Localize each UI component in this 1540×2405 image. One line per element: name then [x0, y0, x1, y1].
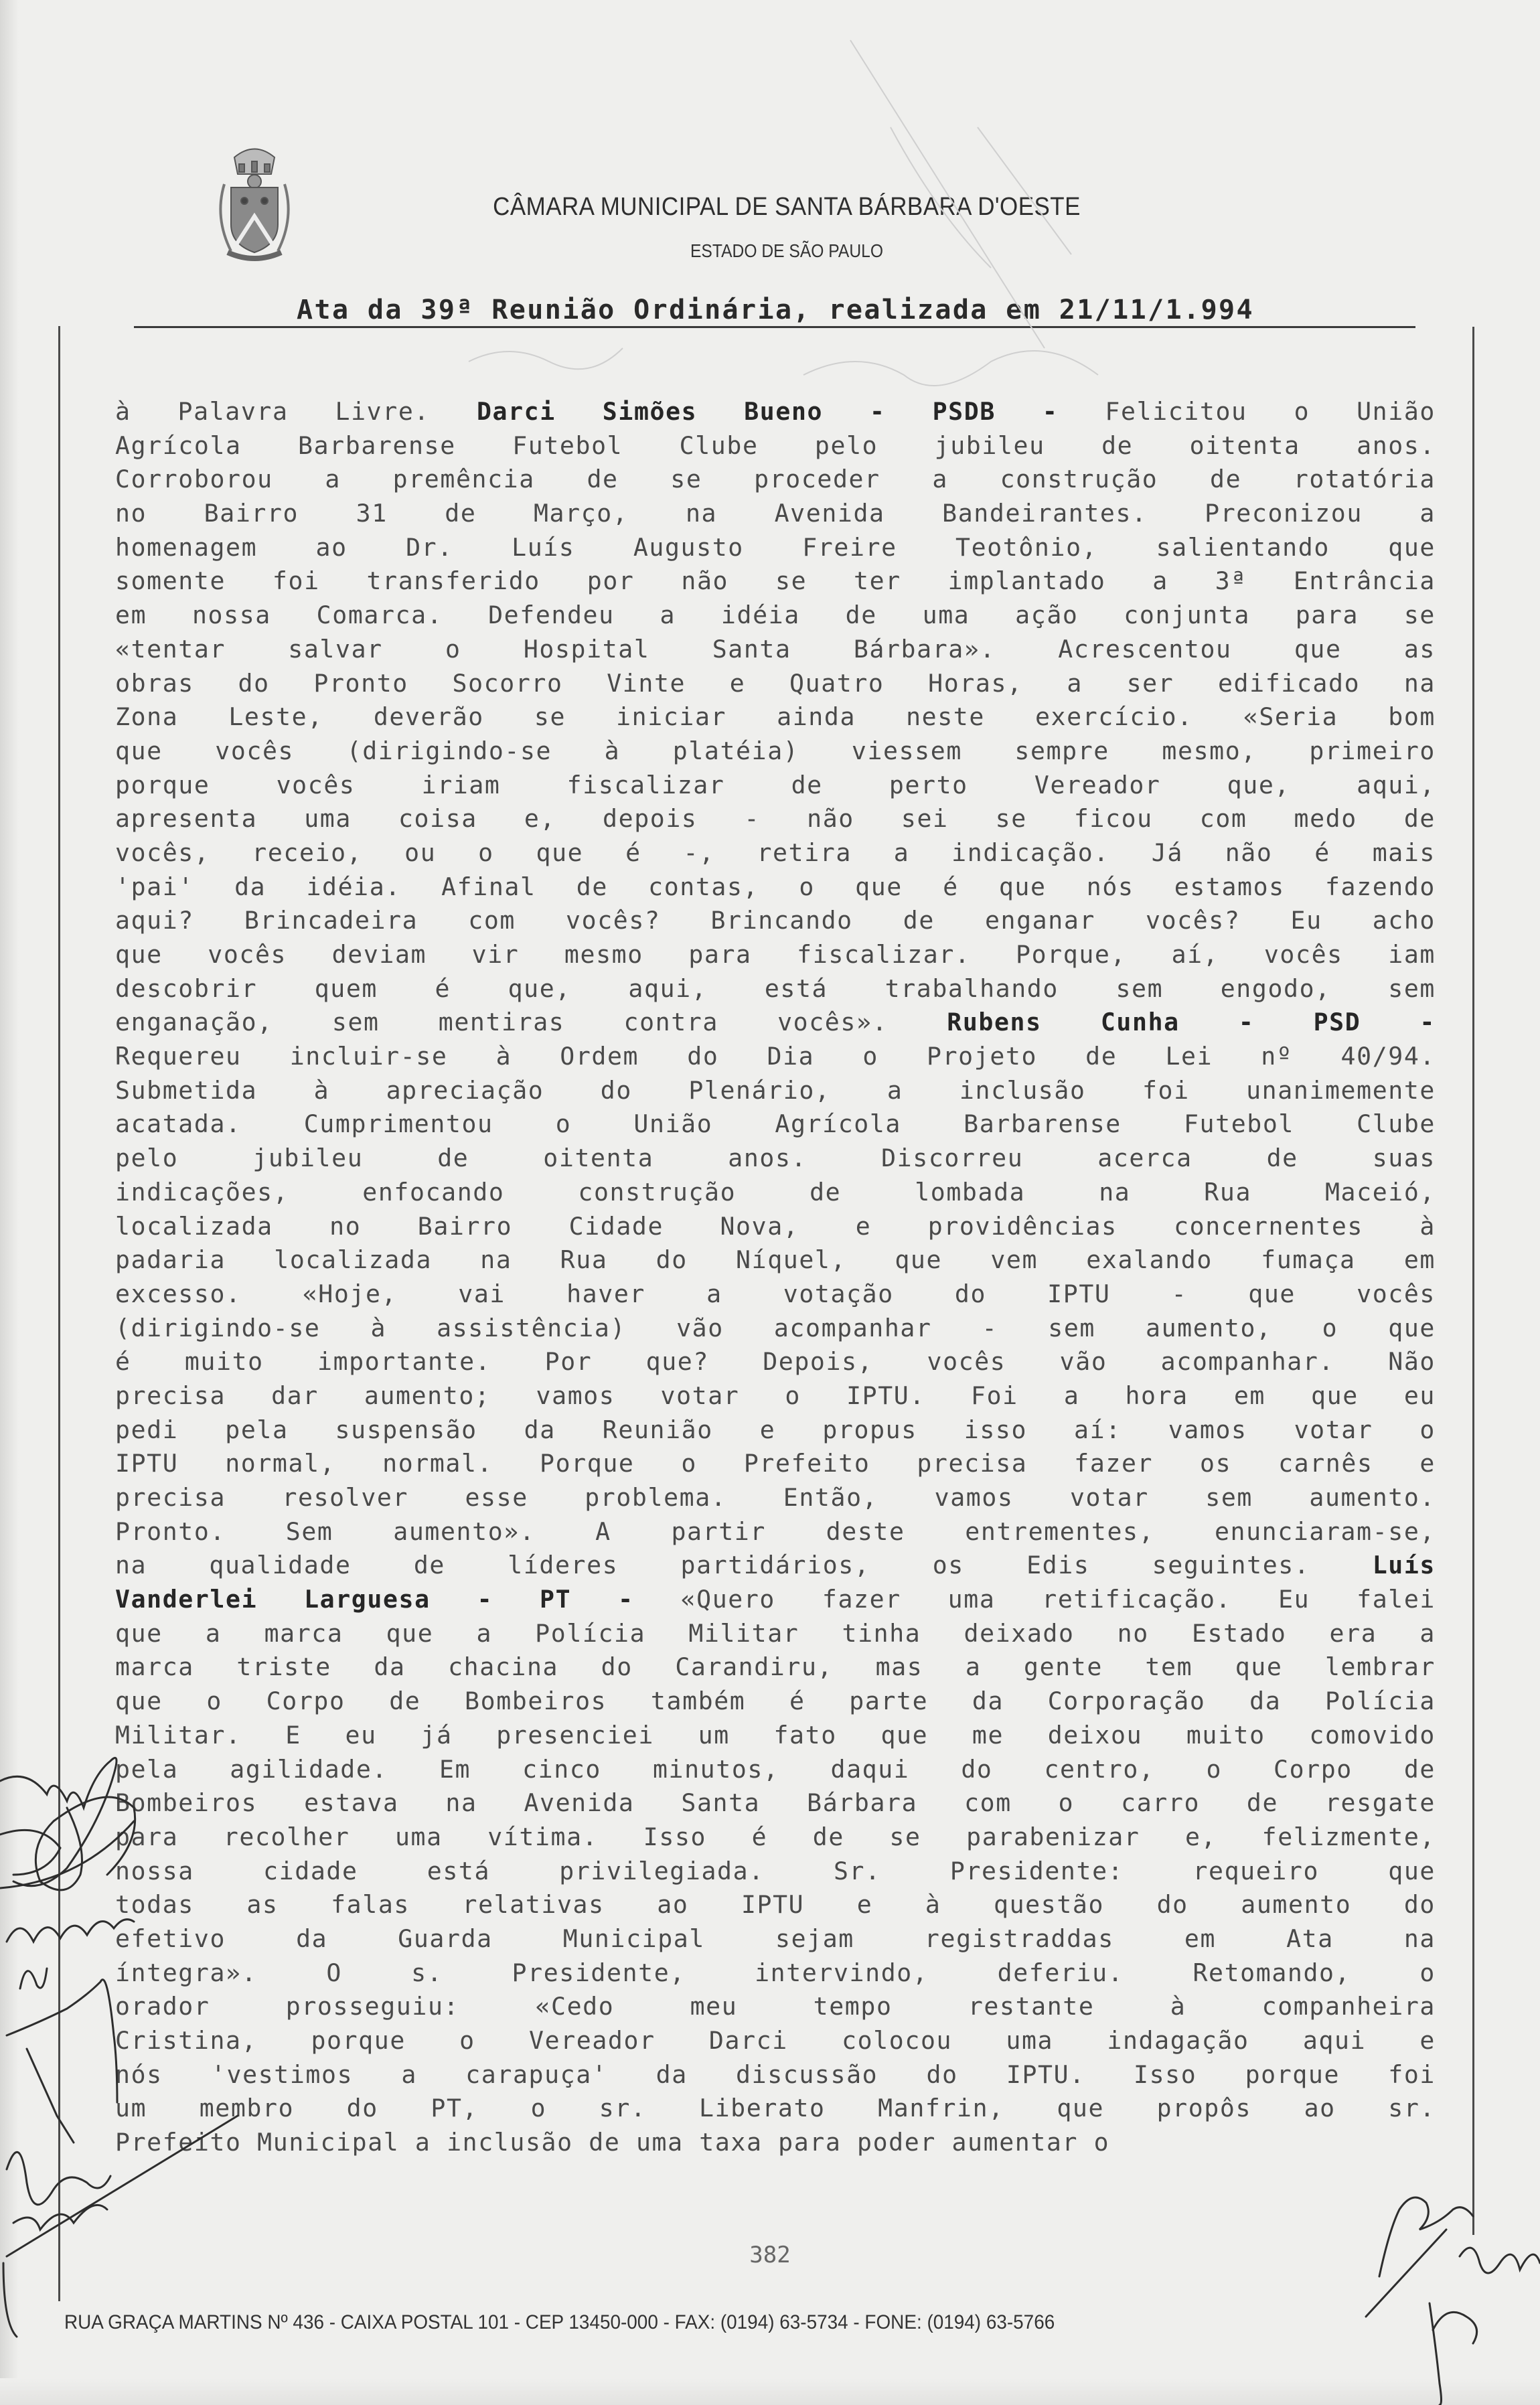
text-run: Pronto. Sem aumento». A partir deste ent…: [115, 1517, 1436, 1546]
text-line: orador prosseguiu: «Cedo meu tempo resta…: [115, 1990, 1436, 2024]
text-line: que a marca que a Polícia Militar tinha …: [115, 1617, 1436, 1651]
text-line: indicações, enfocando construção de lomb…: [115, 1176, 1436, 1210]
page-bottom-shadow: [0, 2378, 1540, 2405]
text-run: acatada. Cumprimentou o União Agrícola B…: [115, 1109, 1436, 1138]
text-run: um membro do PT, o sr. Liberato Manfrin,…: [115, 2094, 1436, 2122]
text-line: pedi pela suspensão da Reunião e propus …: [115, 1413, 1436, 1448]
margin-rule-left: [58, 326, 60, 2301]
text-run: precisa resolver esse problema. Então, v…: [115, 1483, 1436, 1512]
text-run: que o Corpo de Bombeiros também é parte …: [115, 1687, 1436, 1715]
text-line: porque vocês iriam fiscalizar de perto V…: [115, 769, 1436, 803]
text-line: descobrir quem é que, aqui, está trabalh…: [115, 972, 1436, 1006]
text-line: apresenta uma coisa e, depois - não sei …: [115, 802, 1436, 836]
text-run: que vocês deviam vir mesmo para fiscaliz…: [115, 940, 1436, 969]
text-line: que o Corpo de Bombeiros também é parte …: [115, 1685, 1436, 1719]
text-run: pedi pela suspensão da Reunião e propus …: [115, 1415, 1436, 1444]
organization-name: CÂMARA MUNICIPAL DE SANTA BÁRBARA D'OEST…: [217, 193, 1357, 222]
text-line: «tentar salvar o Hospital Santa Bárbara»…: [115, 633, 1436, 667]
text-line: marca triste da chacina do Carandiru, ma…: [115, 1650, 1436, 1685]
text-line: Prefeito Municipal a inclusão de uma tax…: [115, 2126, 1436, 2160]
text-run: Submetida à apreciação do Plenário, a in…: [115, 1076, 1436, 1105]
text-line: precisa dar aumento; vamos votar o IPTU.…: [115, 1379, 1436, 1413]
text-line: no Bairro 31 de Março, na Avenida Bandei…: [115, 497, 1436, 531]
text-line: excesso. «Hoje, vai haver a votação do I…: [115, 1277, 1436, 1312]
text-line: obras do Pronto Socorro Vinte e Quatro H…: [115, 667, 1436, 701]
text-line: Zona Leste, deverão se iniciar ainda nes…: [115, 700, 1436, 734]
text-run: vocês, receio, ou o que é -, retira a in…: [115, 838, 1436, 867]
text-run: porque vocês iriam fiscalizar de perto V…: [115, 771, 1436, 799]
text-run: Requereu incluir-se à Ordem do Dia o Pro…: [115, 1042, 1436, 1071]
text-run: que a marca que a Polícia Militar tinha …: [115, 1619, 1436, 1648]
text-run: IPTU normal, normal. Porque o Prefeito p…: [115, 1449, 1436, 1478]
text-line: Requereu incluir-se à Ordem do Dia o Pro…: [115, 1040, 1436, 1074]
text-line: para recolher uma vítima. Isso é de se p…: [115, 1820, 1436, 1855]
text-line: pela agilidade. Em cinco minutos, daqui …: [115, 1753, 1436, 1787]
text-run: pelo jubileu de oitenta anos. Discorreu …: [115, 1144, 1436, 1172]
text-line: na qualidade de líderes partidários, os …: [115, 1549, 1436, 1583]
text-run: efetivo da Guarda Municipal sejam regist…: [115, 1924, 1436, 1953]
text-line: nós 'vestimos a carapuça' da discussão d…: [115, 2058, 1436, 2092]
text-run: homenagem ao Dr. Luís Augusto Freire Teo…: [115, 533, 1436, 562]
speaker-name: Luís: [1373, 1551, 1436, 1579]
text-run: Agrícola Barbarense Futebol Clube pelo j…: [115, 431, 1436, 460]
text-line: à Palavra Livre. Darci Simões Bueno - PS…: [115, 395, 1436, 429]
text-line: Vanderlei Larguesa - PT - «Quero fazer u…: [115, 1583, 1436, 1617]
text-run: «tentar salvar o Hospital Santa Bárbara»…: [115, 635, 1436, 664]
text-line: 'pai' da idéia. Afinal de contas, o que …: [115, 870, 1436, 905]
text-line: homenagem ao Dr. Luís Augusto Freire Teo…: [115, 531, 1436, 565]
text-run: orador prosseguiu: «Cedo meu tempo resta…: [115, 1992, 1436, 2021]
text-run: Militar. E eu já presenciei um fato que …: [115, 1721, 1436, 1750]
text-line: enganação, sem mentiras contra vocês». R…: [115, 1006, 1436, 1040]
text-line: que vocês deviam vir mesmo para fiscaliz…: [115, 938, 1436, 972]
text-run: Felicitou o União: [1058, 397, 1436, 426]
text-line: é muito importante. Por que? Depois, voc…: [115, 1345, 1436, 1379]
page-number: 382: [0, 2242, 1540, 2268]
text-run: à Palavra Livre.: [115, 397, 477, 426]
text-run: na qualidade de líderes partidários, os …: [115, 1551, 1373, 1579]
text-run: apresenta uma coisa e, depois - não sei …: [115, 804, 1436, 833]
text-line: efetivo da Guarda Municipal sejam regist…: [115, 1922, 1436, 1956]
text-line: Submetida à apreciação do Plenário, a in…: [115, 1074, 1436, 1108]
text-line: somente foi transferido por não se ter i…: [115, 564, 1436, 599]
text-line: nossa cidade está privilegiada. Sr. Pres…: [115, 1855, 1436, 1889]
text-line: todas as falas relativas ao IPTU e à que…: [115, 1888, 1436, 1922]
text-line: Cristina, porque o Vereador Darci coloco…: [115, 2024, 1436, 2058]
text-run: íntegra». O s. Presidente, intervindo, d…: [115, 1958, 1436, 1987]
text-run: todas as falas relativas ao IPTU e à que…: [115, 1890, 1436, 1919]
text-run: 'pai' da idéia. Afinal de contas, o que …: [115, 872, 1436, 901]
speaker-name: Vanderlei Larguesa - PT -: [115, 1585, 634, 1614]
margin-rule-right: [1472, 327, 1474, 2235]
footer-address: RUA GRAÇA MARTINS Nº 436 - CAIXA POSTAL …: [64, 2311, 1055, 2334]
text-run: nós 'vestimos a carapuça' da discussão d…: [115, 2060, 1436, 2089]
text-run: precisa dar aumento; vamos votar o IPTU.…: [115, 1381, 1436, 1410]
text-run: (dirigindo-se à assistência) vão acompan…: [115, 1314, 1436, 1342]
text-line: um membro do PT, o sr. Liberato Manfrin,…: [115, 2092, 1436, 2126]
text-run: aqui? Brincadeira com vocês? Brincando d…: [115, 906, 1436, 935]
page-edge-shadow: [0, 0, 19, 2405]
text-run: somente foi transferido por não se ter i…: [115, 566, 1436, 595]
text-run: indicações, enfocando construção de lomb…: [115, 1178, 1436, 1207]
text-line: em nossa Comarca. Defendeu a idéia de um…: [115, 599, 1436, 633]
text-run: excesso. «Hoje, vai haver a votação do I…: [115, 1279, 1436, 1308]
text-line: íntegra». O s. Presidente, intervindo, d…: [115, 1956, 1436, 1991]
text-run: Bombeiros estava na Avenida Santa Bárbar…: [115, 1788, 1436, 1817]
text-run: Corroborou a premência de se proceder a …: [115, 465, 1436, 493]
text-line: padaria localizada na Rua do Níquel, que…: [115, 1243, 1436, 1277]
text-line: Agrícola Barbarense Futebol Clube pelo j…: [115, 429, 1436, 463]
text-run: no Bairro 31 de Março, na Avenida Bandei…: [115, 499, 1436, 528]
minutes-body: à Palavra Livre. Darci Simões Bueno - PS…: [115, 395, 1436, 2160]
text-run: «Quero fazer uma retificação. Eu falei: [634, 1585, 1436, 1614]
text-run: nossa cidade está privilegiada. Sr. Pres…: [115, 1857, 1436, 1885]
text-line: localizada no Bairro Cidade Nova, e prov…: [115, 1210, 1436, 1244]
text-line: pelo jubileu de oitenta anos. Discorreu …: [115, 1142, 1436, 1176]
text-run: marca triste da chacina do Carandiru, ma…: [115, 1652, 1436, 1681]
text-line: IPTU normal, normal. Porque o Prefeito p…: [115, 1447, 1436, 1481]
text-run: Cristina, porque o Vereador Darci coloco…: [115, 2026, 1436, 2055]
text-run: descobrir quem é que, aqui, está trabalh…: [115, 974, 1436, 1003]
text-run: enganação, sem mentiras contra vocês».: [115, 1008, 947, 1036]
text-line: Pronto. Sem aumento». A partir deste ent…: [115, 1515, 1436, 1549]
text-line: Bombeiros estava na Avenida Santa Bárbar…: [115, 1786, 1436, 1820]
text-run: obras do Pronto Socorro Vinte e Quatro H…: [115, 669, 1436, 698]
text-line: (dirigindo-se à assistência) vão acompan…: [115, 1312, 1436, 1346]
text-line: acatada. Cumprimentou o União Agrícola B…: [115, 1107, 1436, 1142]
text-run: padaria localizada na Rua do Níquel, que…: [115, 1245, 1436, 1274]
text-run: que vocês (dirigindo-se à platéia) viess…: [115, 736, 1436, 765]
text-run: pela agilidade. Em cinco minutos, daqui …: [115, 1755, 1436, 1784]
text-run: Prefeito Municipal a inclusão de uma tax…: [115, 2128, 1109, 2157]
text-run: é muito importante. Por que? Depois, voc…: [115, 1347, 1436, 1376]
organization-state: ESTADO DE SÃO PAULO: [242, 240, 1332, 262]
text-run: localizada no Bairro Cidade Nova, e prov…: [115, 1212, 1436, 1241]
text-line: Corroborou a premência de se proceder a …: [115, 463, 1436, 497]
text-line: Militar. E eu já presenciei um fato que …: [115, 1719, 1436, 1753]
text-run: em nossa Comarca. Defendeu a idéia de um…: [115, 601, 1436, 629]
text-line: aqui? Brincadeira com vocês? Brincando d…: [115, 904, 1436, 938]
text-line: que vocês (dirigindo-se à platéia) viess…: [115, 734, 1436, 769]
title-underline: [134, 326, 1415, 328]
document-title: Ata da 39ª Reunião Ordinária, realizada …: [135, 295, 1415, 325]
text-run: para recolher uma vítima. Isso é de se p…: [115, 1822, 1436, 1851]
speaker-name: Rubens Cunha - PSD -: [947, 1008, 1436, 1036]
text-line: vocês, receio, ou o que é -, retira a in…: [115, 836, 1436, 870]
text-line: precisa resolver esse problema. Então, v…: [115, 1481, 1436, 1515]
speaker-name: Darci Simões Bueno - PSDB -: [477, 397, 1059, 426]
text-run: Zona Leste, deverão se iniciar ainda nes…: [115, 702, 1436, 731]
